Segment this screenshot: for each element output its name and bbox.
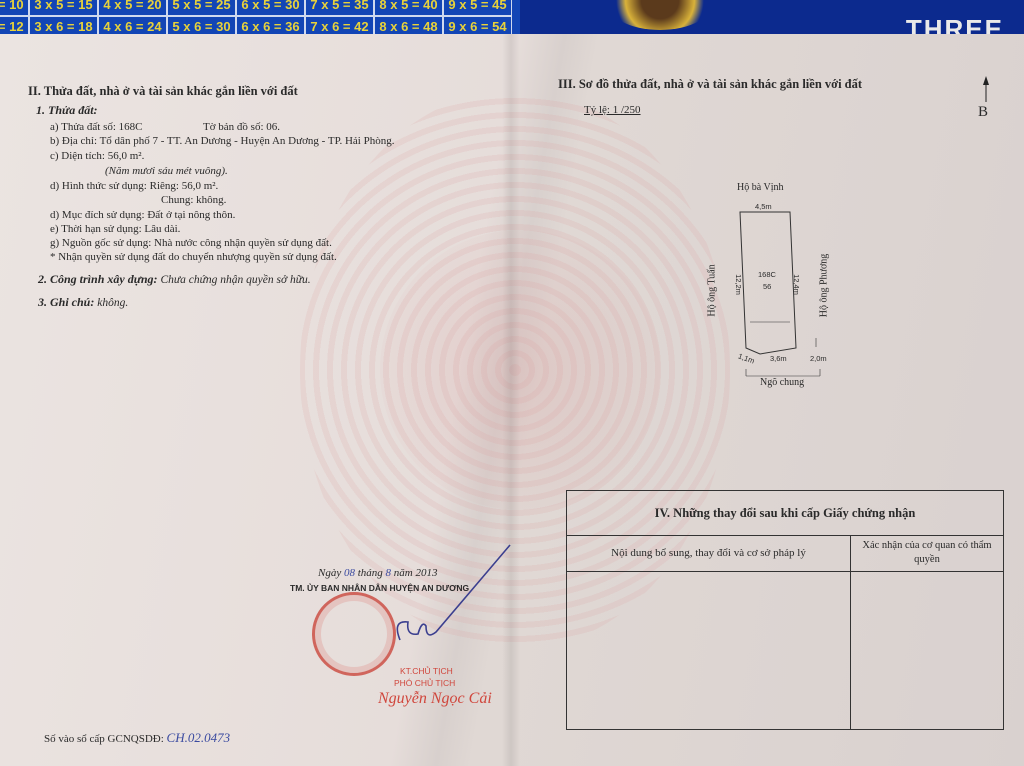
multiplication-cell: 9 x 5 = 45 (443, 0, 512, 16)
right-edge-length: 12,4m (792, 274, 801, 295)
section-2-title: II. Thửa đất, nhà ở và tài sản khác gắn … (28, 84, 298, 99)
top-edge-length: 4,5m (755, 202, 772, 211)
subsection-1-title: 1. Thửa đất: (36, 103, 98, 118)
multiplication-cell: 6 x 5 = 30 (236, 0, 305, 16)
signer-role-2: PHÓ CHỦ TỊCH (394, 678, 455, 688)
north-neighbor: Hộ bà Vịnh (737, 182, 783, 193)
multiplication-row: 2 x 5 = 103 x 5 = 154 x 5 = 205 x 5 = 25… (0, 0, 512, 16)
bottom-right-length: 2,0m (810, 354, 827, 363)
usage-origin-note: * Nhận quyền sử dụng đất do chuyển nhượn… (50, 251, 337, 263)
registry-number: Số vào sổ cấp GCNQSDĐ: CH.02.0473 (44, 730, 230, 746)
column-header-content: Nội dung bổ sung, thay đổi và cơ sở pháp… (567, 535, 851, 572)
usage-term: e) Thời hạn sử dụng: Lâu dài. (50, 223, 180, 235)
south-neighbor: Ngõ chung (760, 377, 804, 388)
parcel-id: 168C (758, 270, 776, 279)
section-3-title: III. Sơ đồ thửa đất, nhà ở và tài sản kh… (558, 77, 862, 92)
confirmation-cell (851, 572, 1003, 729)
subsection-2: 2. Công trình xây dựng: Chưa chứng nhận … (38, 272, 311, 287)
signer-role-1: KT.CHỦ TỊCH (400, 666, 453, 676)
changes-table: IV. Những thay đổi sau khi cấp Giấy chứn… (566, 490, 1004, 730)
multiplication-cell: 5 x 5 = 25 (167, 0, 236, 16)
scale-label: Tỷ lệ: 1 /250 (584, 104, 641, 116)
map-sheet-number: Tờ bản đồ số: 06. (203, 121, 280, 133)
usage-origin: g) Nguồn gốc sử dụng: Nhà nước công nhận… (50, 237, 332, 249)
area-in-words: (Năm mươi sáu mét vuông). (105, 165, 228, 177)
subsection-3: 3. Ghi chú: không. (38, 295, 128, 310)
multiplication-cell: 2 x 5 = 10 (0, 0, 29, 16)
north-label: B (978, 104, 988, 121)
subsection-2-value: Chưa chứng nhận quyền sở hữu. (160, 274, 310, 286)
address: b) Địa chỉ: Tổ dân phố 7 - TT. An Dương … (50, 135, 394, 147)
east-neighbor: Hộ ông Phương (818, 254, 829, 318)
parcel-number: a) Thửa đất số: 168C (50, 121, 143, 133)
issue-day: 08 (344, 567, 355, 579)
sun-illustration (605, 0, 715, 30)
signature (370, 540, 520, 650)
signer-name: Nguyễn Ngọc Cải (378, 690, 492, 708)
bottom-edge-length: 3,6m (770, 354, 787, 363)
parcel-diagram: Hộ bà Vịnh 4,5m Hộ ông Tuấn 12,2m 168C 5… (690, 180, 850, 395)
registry-value: CH.02.0473 (167, 730, 231, 745)
parcel-area: 56 (763, 282, 771, 291)
usage-form-shared: Chung: không. (161, 194, 226, 206)
multiplication-cell: 7 x 5 = 35 (305, 0, 374, 16)
subsection-3-value: không. (97, 297, 128, 309)
left-edge-length: 12,2m (734, 274, 743, 295)
watermark-center (380, 230, 660, 510)
subsection-2-label: 2. Công trình xây dựng: (38, 272, 158, 286)
usage-form: d) Hình thức sử dụng: Riêng: 56,0 m². (50, 180, 218, 192)
area: c) Diện tích: 56,0 m². (50, 150, 144, 162)
usage-purpose: d) Mục đích sử dụng: Đất ở tại nông thôn… (50, 209, 235, 221)
multiplication-cell: 4 x 5 = 20 (98, 0, 167, 16)
section-4-title: IV. Những thay đổi sau khi cấp Giấy chứn… (567, 491, 1003, 536)
west-neighbor: Hộ ông Tuấn (707, 264, 718, 316)
page-fold (502, 34, 520, 766)
multiplication-cell: 8 x 5 = 40 (374, 0, 443, 16)
north-arrow-icon (980, 76, 992, 104)
column-header-confirmation: Xác nhận của cơ quan có thẩm quyền (851, 535, 1003, 572)
multiplication-cell: 3 x 5 = 15 (29, 0, 98, 16)
subsection-3-label: 3. Ghi chú: (38, 295, 94, 309)
content-cell (567, 572, 851, 729)
